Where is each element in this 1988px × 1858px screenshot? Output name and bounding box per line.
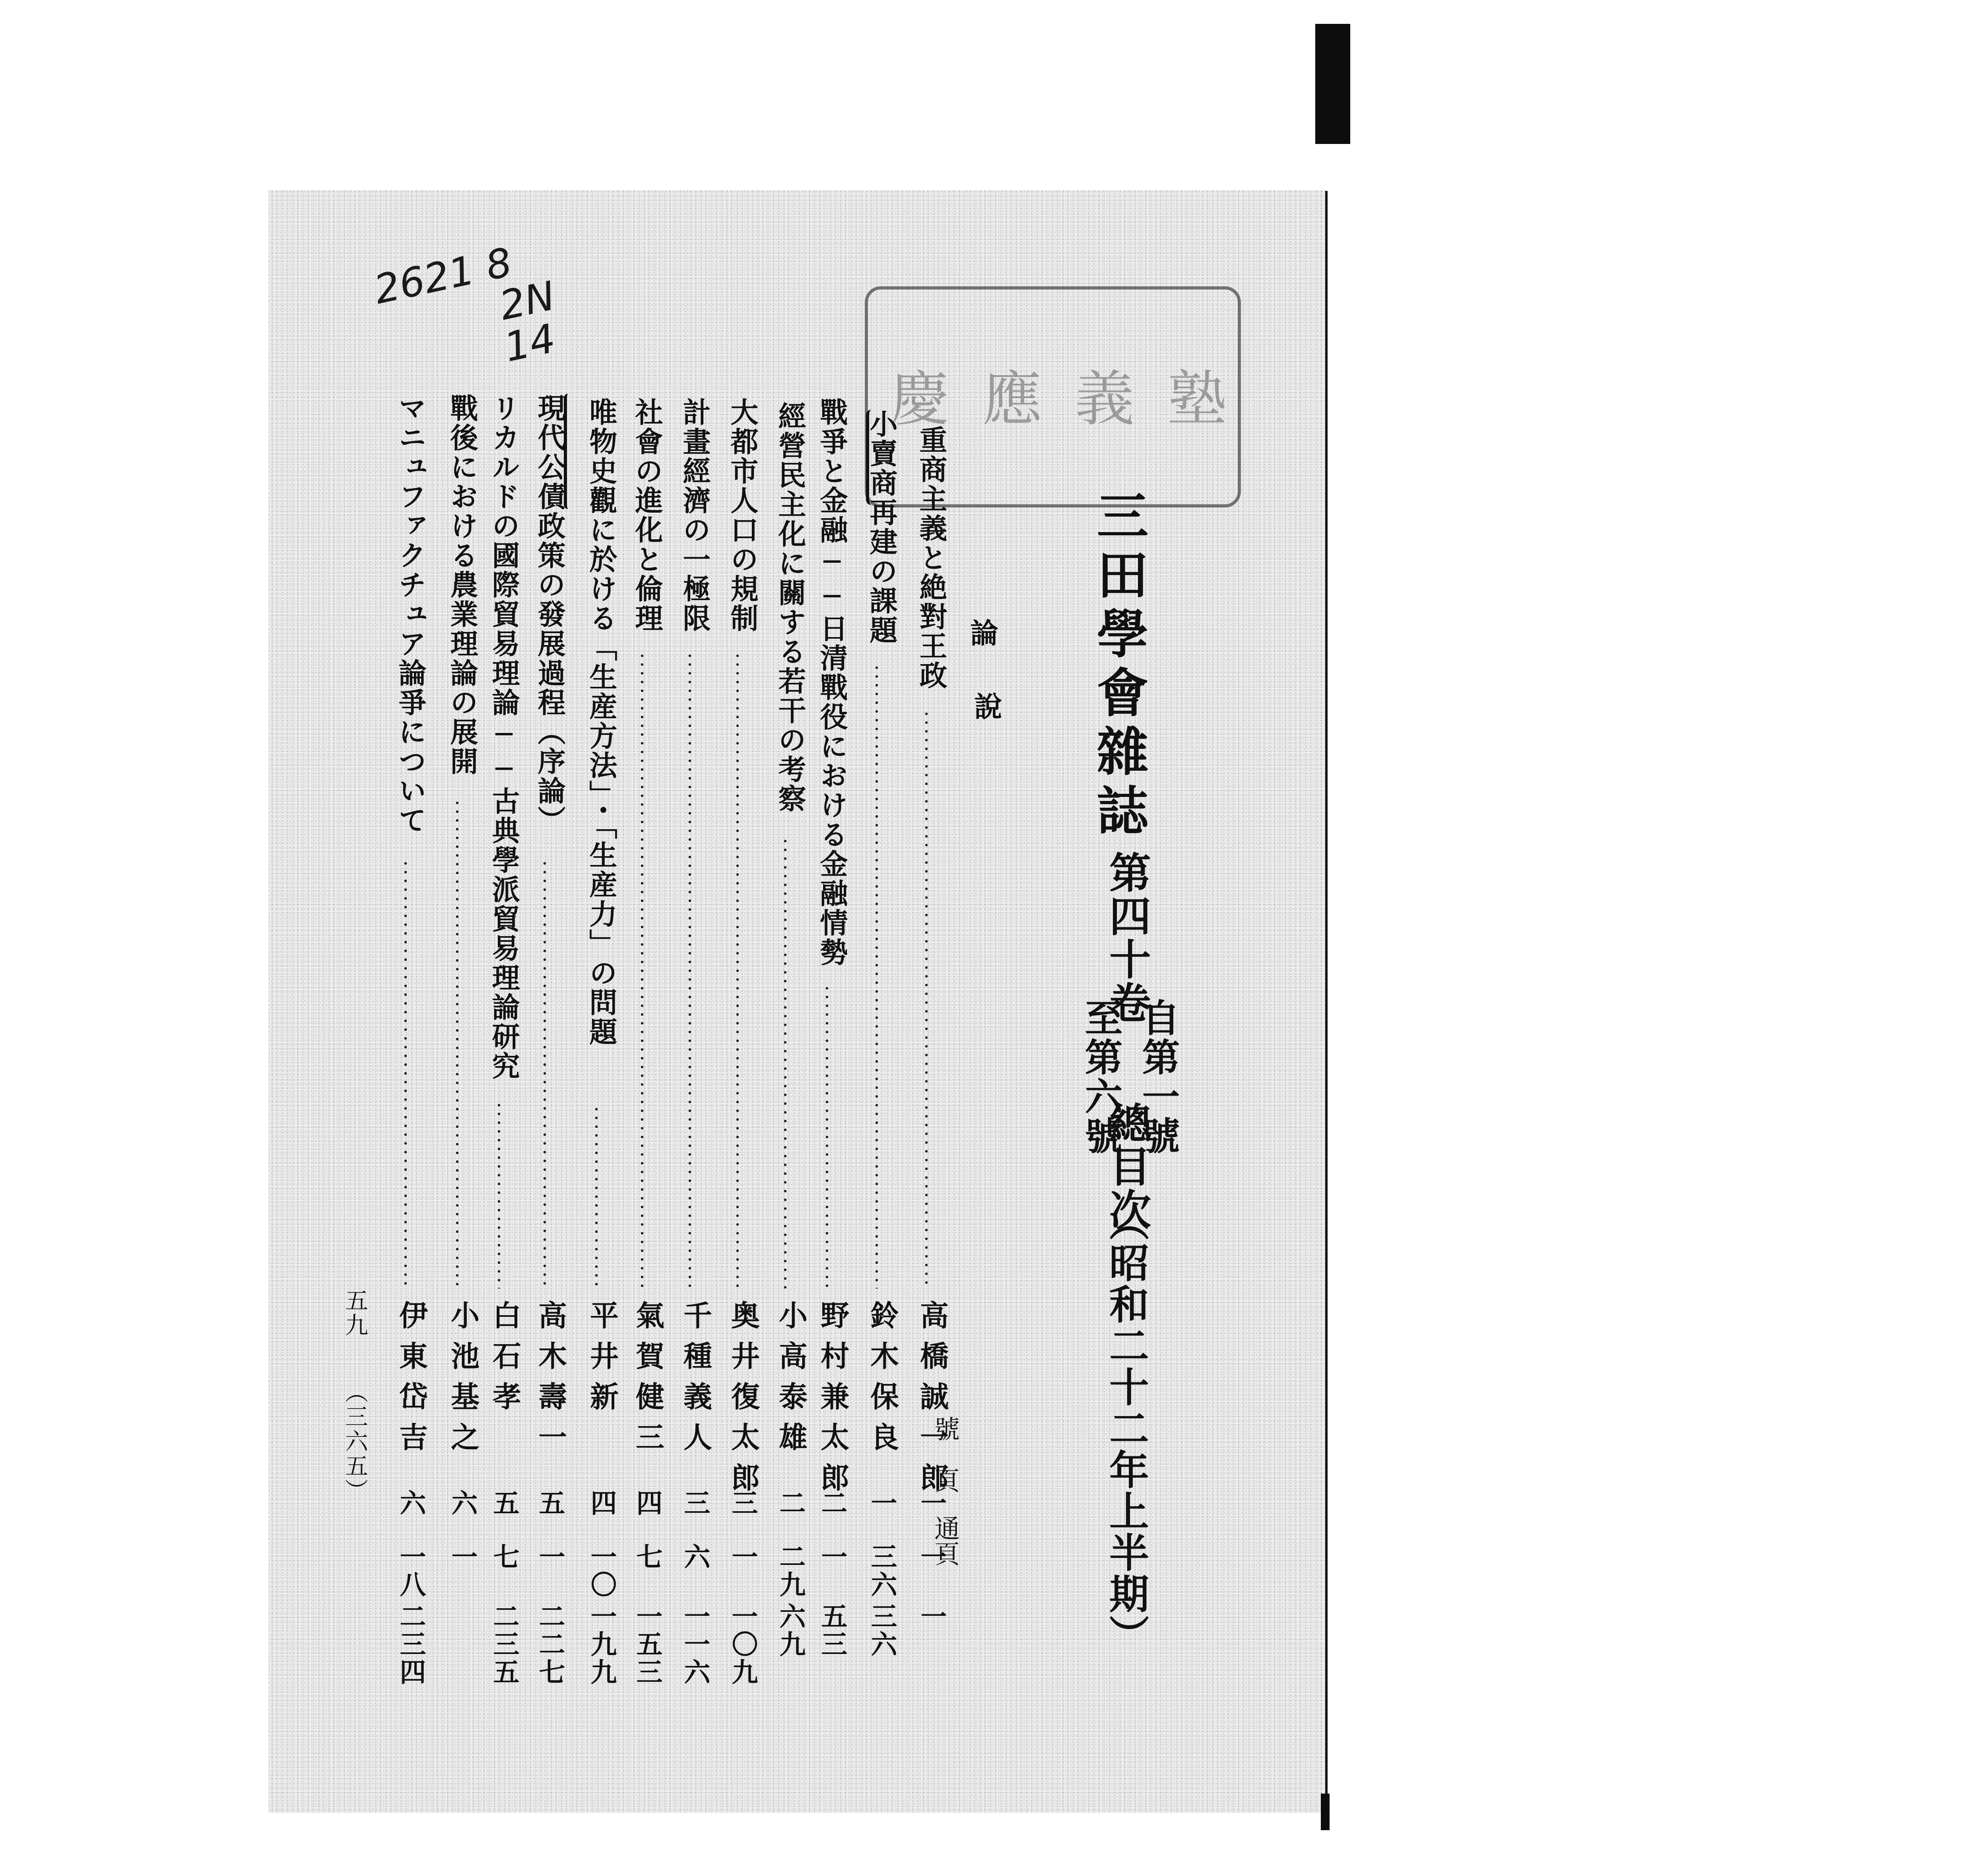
bracket-mark xyxy=(564,394,573,509)
leader-dots xyxy=(404,859,407,1289)
page-number: 七 xyxy=(485,1543,523,1571)
article-title: 戰後における農業理論の展開 xyxy=(442,394,482,776)
author-name: 氣賀健三 xyxy=(627,1300,668,1463)
page-number: 一 xyxy=(531,1543,569,1571)
issue-number: 二 xyxy=(813,1489,851,1517)
author-name: 千種義人 xyxy=(675,1300,716,1463)
cumulative-page-number: 二三四 xyxy=(392,1603,430,1686)
issue-number: 一 xyxy=(863,1489,901,1517)
cumulative-page-number: 一一六 xyxy=(676,1603,714,1686)
stamp-char: 塾 xyxy=(1149,367,1235,427)
scan-edge-marker-bottom xyxy=(1321,1794,1330,1830)
bracket-mark xyxy=(866,410,877,505)
author-name: 伊東岱吉 xyxy=(390,1300,432,1463)
stamp-char: 義 xyxy=(1056,367,1142,427)
article-title: リカルドの國際貿易理論──古典學派貿易理論研究 xyxy=(484,394,524,1081)
issue-number: 五 xyxy=(531,1489,569,1517)
leader-dots xyxy=(544,859,546,1289)
cumulative-page-number: 二三五 xyxy=(485,1603,523,1686)
issue-number: 四 xyxy=(629,1489,666,1517)
page-number: 一八 xyxy=(392,1543,430,1599)
leader-dots xyxy=(784,837,786,1289)
author-name: 小池基之 xyxy=(442,1300,483,1463)
cumulative-page-number: 六九 xyxy=(772,1603,810,1658)
cumulative-page-number: 一五三 xyxy=(629,1603,666,1686)
leader-dots xyxy=(641,651,643,1289)
author-name: 高木壽一 xyxy=(530,1300,571,1463)
author-name: 奥井復太郎 xyxy=(722,1300,764,1503)
cumulative-page-number: （三六五） xyxy=(338,1380,371,1503)
author-name: 白石孝 xyxy=(484,1300,525,1422)
article-title: 計畫經濟の一極限 xyxy=(675,398,715,633)
page-number: 五九 xyxy=(338,1289,371,1338)
article-title: 經營民主化に關する若干の考察 xyxy=(770,402,810,814)
author-name: 平井新 xyxy=(581,1300,623,1422)
issue-number: 五 xyxy=(485,1489,523,1517)
issue-number: 六 xyxy=(392,1489,430,1517)
cumulative-page-number: 三六 xyxy=(863,1603,901,1658)
publication-period: （昭和二十二年上半期） xyxy=(1097,1201,1155,1656)
scan-edge-marker-top xyxy=(1315,24,1350,144)
issue-number: 三 xyxy=(676,1489,714,1517)
page-number: 一 xyxy=(444,1543,481,1571)
author-name: 鈴木保良 xyxy=(862,1300,903,1463)
article-title: 戰爭と金融──日清戰役における金融情勢 xyxy=(812,398,852,967)
leader-dots xyxy=(689,651,691,1289)
section-heading-ron: 論 xyxy=(962,618,1002,648)
page-number: 六 xyxy=(676,1543,714,1571)
article-title: 重商主義と絶對王政 xyxy=(911,426,951,690)
leader-dots xyxy=(498,1101,500,1289)
author-name: 小高泰雄 xyxy=(770,1300,812,1463)
page-number: 一〇 xyxy=(583,1543,621,1599)
leader-dots xyxy=(595,1105,598,1289)
page-edge-line xyxy=(1325,191,1328,1813)
cumulative-page-number: 五三 xyxy=(813,1603,851,1658)
leader-dots xyxy=(925,709,928,1289)
article-title: 唯物史觀に於ける「生産方法」・「生産力」の問題 xyxy=(581,398,621,1047)
leader-dots xyxy=(456,799,458,1289)
issue-number: 一 xyxy=(913,1489,951,1517)
cumulative-page-number: 二二七 xyxy=(531,1603,569,1686)
leader-dots xyxy=(736,651,739,1289)
handwritten-line-3: 14 xyxy=(501,315,567,369)
issue-number: 六 xyxy=(444,1489,481,1517)
journal-title: 三田學會雜誌 xyxy=(1081,489,1156,842)
page-number: 二九 xyxy=(772,1543,810,1599)
cumulative-page-number: 一 xyxy=(913,1603,951,1631)
page-number: 七 xyxy=(629,1543,666,1571)
article-title: 社會の進化と倫理 xyxy=(627,398,667,633)
page-number: 一 xyxy=(913,1543,951,1571)
stamp-char: 應 xyxy=(964,367,1050,427)
article-title: 大都市人口の規制 xyxy=(722,398,763,633)
section-heading-setsu: 說 xyxy=(966,692,1006,721)
author-name: 高橋誠一郎 xyxy=(911,1300,953,1503)
page-number: 一 xyxy=(724,1543,762,1571)
leader-dots xyxy=(826,984,828,1289)
issue-number: 四 xyxy=(583,1489,621,1517)
cumulative-page-number: 一九九 xyxy=(583,1603,621,1686)
leader-dots xyxy=(876,663,878,1289)
page-number: 三六 xyxy=(863,1543,901,1599)
issue-number: 二 xyxy=(772,1489,810,1517)
cumulative-page-number: 一〇九 xyxy=(724,1603,762,1686)
issue-number: 三 xyxy=(724,1489,762,1517)
author-name: 野村兼太郎 xyxy=(812,1300,853,1503)
page-number: 一 xyxy=(813,1543,851,1571)
article-title: マニュファクチュア論爭について xyxy=(390,394,431,835)
